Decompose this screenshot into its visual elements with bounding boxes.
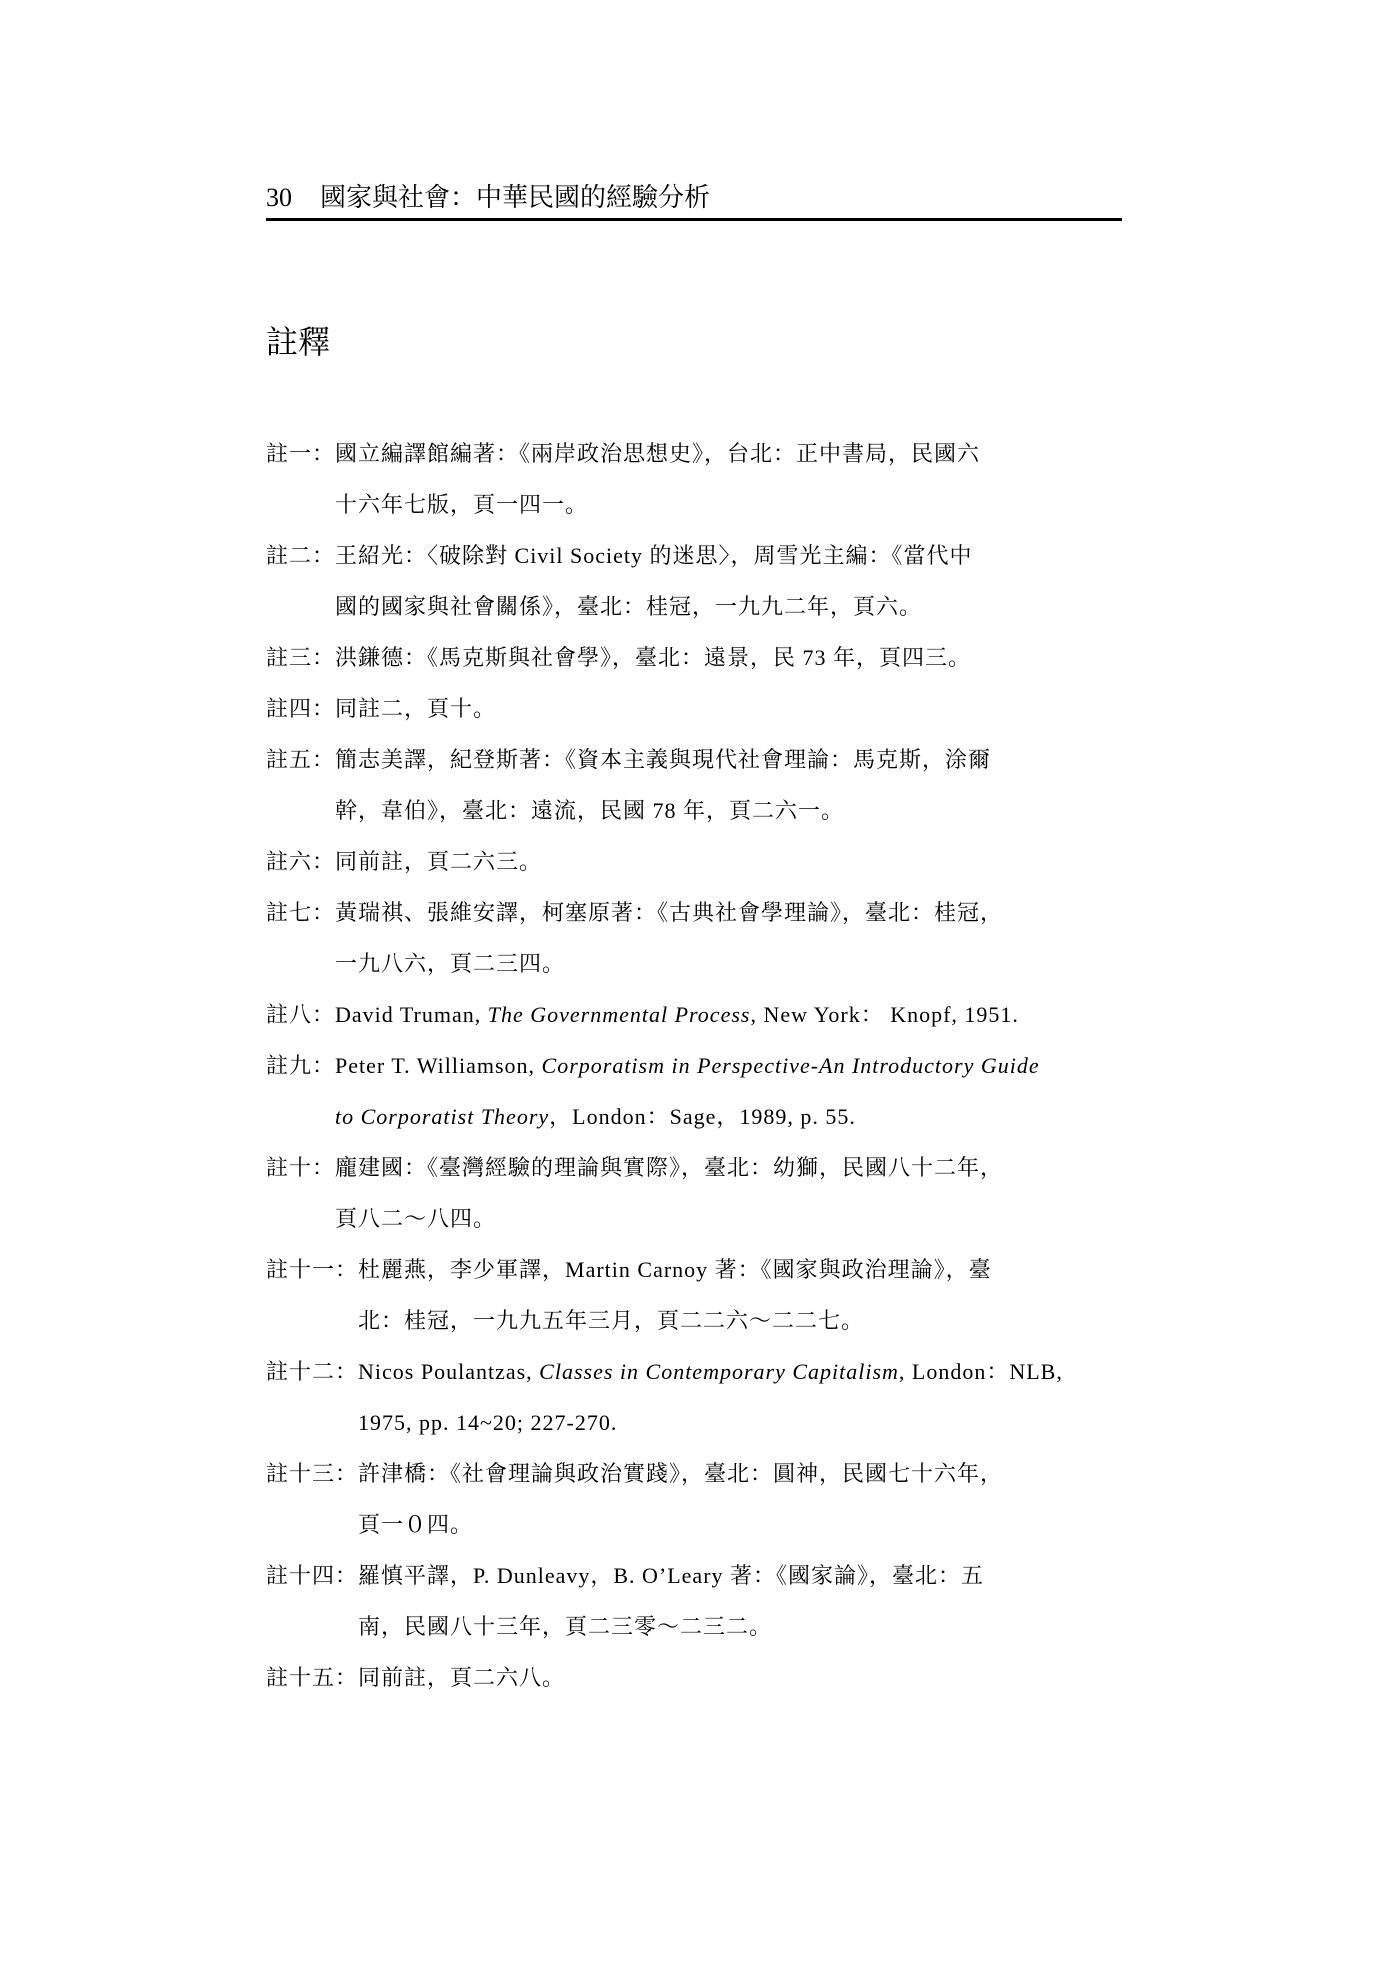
footnote-text: 杜麗燕，李少軍譯，Martin Carnoy 著：《國家與政治理論》，臺北：桂冠… xyxy=(358,1244,1122,1346)
footnote-text: 黃瑞祺、張維安譯，柯塞原著：《古典社會學理論》，臺北：桂冠，一九八六，頁二三四。 xyxy=(335,887,1122,989)
footnote-line: 同前註，頁二六三。 xyxy=(335,836,1122,887)
italic-title: Classes in Contemporary Capitalism xyxy=(539,1359,899,1384)
footnote-item: 註十四：羅慎平譯，P. Dunleavy，B. O’Leary 著：《國家論》，… xyxy=(266,1550,1122,1652)
footnote-line: 龐建國：《臺灣經驗的理論與實際》，臺北：幼獅，民國八十二年， xyxy=(335,1142,1122,1193)
footnote-text: 同前註，頁二六八。 xyxy=(358,1652,1122,1703)
footnote-item: 註十五：同前註，頁二六八。 xyxy=(266,1652,1122,1703)
footnote-label: 註八： xyxy=(266,989,335,1040)
footnote-text: 羅慎平譯，P. Dunleavy，B. O’Leary 著：《國家論》，臺北：五… xyxy=(358,1550,1122,1652)
running-header: 30國家與社會：中華民國的經驗分析 xyxy=(266,182,1120,214)
footnote-item: 註一：國立編譯館編著：《兩岸政治思想史》，台北：正中書局，民國六十六年七版，頁一… xyxy=(266,428,1122,530)
footnote-item: 註四：同註二，頁十。 xyxy=(266,683,1122,734)
footnote-segment: Nicos Poulantzas, xyxy=(358,1359,539,1384)
footnote-label: 註一： xyxy=(266,428,335,530)
footnote-item: 註十：龐建國：《臺灣經驗的理論與實際》，臺北：幼獅，民國八十二年，頁八二～八四。 xyxy=(266,1142,1122,1244)
footnote-line: Peter T. Williamson, Corporatism in Pers… xyxy=(335,1040,1122,1091)
footnote-label: 註二： xyxy=(266,530,335,632)
footnote-line: 一九八六，頁二三四。 xyxy=(335,938,1122,989)
footnote-line: 十六年七版，頁一四一。 xyxy=(335,479,1122,530)
footnote-line: 洪鎌德：《馬克斯與社會學》，臺北：遠景，民 73 年，頁四三。 xyxy=(335,632,1122,683)
footnote-label: 註十三： xyxy=(266,1448,358,1550)
footnote-line: 簡志美譯，紀登斯著：《資本主義與現代社會理論：馬克斯，涂爾 xyxy=(335,734,1122,785)
footnote-segment: , New York： Knopf, 1951. xyxy=(750,1002,1018,1027)
footnote-segment: Peter T. Williamson, xyxy=(335,1053,542,1078)
footnote-line: 羅慎平譯，P. Dunleavy，B. O’Leary 著：《國家論》，臺北：五 xyxy=(358,1550,1122,1601)
footnote-text: Nicos Poulantzas, Classes in Contemporar… xyxy=(358,1346,1122,1448)
footnote-label: 註三： xyxy=(266,632,335,683)
footnote-label: 註七： xyxy=(266,887,335,989)
footnote-item: 註十二：Nicos Poulantzas, Classes in Contemp… xyxy=(266,1346,1122,1448)
footnote-line: 頁八二～八四。 xyxy=(335,1193,1122,1244)
footnote-segment: ，London：Sage，1989, p. 55. xyxy=(549,1104,856,1129)
book-title: 國家與社會：中華民國的經驗分析 xyxy=(320,183,710,212)
footnote-text: 龐建國：《臺灣經驗的理論與實際》，臺北：幼獅，民國八十二年，頁八二～八四。 xyxy=(335,1142,1122,1244)
footnote-item: 註八：David Truman, The Governmental Proces… xyxy=(266,989,1122,1040)
footnote-label: 註十四： xyxy=(266,1550,358,1652)
footnote-line: David Truman, The Governmental Process, … xyxy=(335,989,1122,1040)
italic-title: Corporatism in Perspective-An Introducto… xyxy=(542,1053,1040,1078)
footnote-item: 註十三：許津橋：《社會理論與政治實踐》，臺北：圓神，民國七十六年，頁一０四。 xyxy=(266,1448,1122,1550)
italic-title: The Governmental Process xyxy=(488,1002,751,1027)
header-rule xyxy=(266,218,1122,221)
footnote-line: 1975, pp. 14~20; 227-270. xyxy=(358,1397,1122,1448)
footnote-line: 北：桂冠，一九九五年三月，頁二二六～二二七。 xyxy=(358,1295,1122,1346)
footnote-label: 註九： xyxy=(266,1040,335,1142)
footnote-text: 簡志美譯，紀登斯著：《資本主義與現代社會理論：馬克斯，涂爾幹，韋伯》，臺北：遠流… xyxy=(335,734,1122,836)
footnote-segment: 1975, pp. 14~20; 227-270. xyxy=(358,1410,617,1435)
footnote-line: 國的國家與社會關係》，臺北：桂冠，一九九二年，頁六。 xyxy=(335,581,1122,632)
footnote-line: 王紹光：〈破除對 Civil Society 的迷思〉，周雪光主編：《當代中 xyxy=(335,530,1122,581)
footnote-text: 國立編譯館編著：《兩岸政治思想史》，台北：正中書局，民國六十六年七版，頁一四一。 xyxy=(335,428,1122,530)
footnote-line: 南，民國八十三年，頁二三零～二三二。 xyxy=(358,1601,1122,1652)
footnote-segment: , London：NLB, xyxy=(899,1359,1063,1384)
footnote-item: 註九：Peter T. Williamson, Corporatism in P… xyxy=(266,1040,1122,1142)
footnote-item: 註七：黃瑞祺、張維安譯，柯塞原著：《古典社會學理論》，臺北：桂冠，一九八六，頁二… xyxy=(266,887,1122,989)
footnote-line: 頁一０四。 xyxy=(358,1499,1122,1550)
footnote-line: 許津橋：《社會理論與政治實踐》，臺北：圓神，民國七十六年， xyxy=(358,1448,1122,1499)
footnote-label: 註十五： xyxy=(266,1652,358,1703)
footnote-text: Peter T. Williamson, Corporatism in Pers… xyxy=(335,1040,1122,1142)
footnote-segment: David Truman, xyxy=(335,1002,488,1027)
footnote-item: 註十一：杜麗燕，李少軍譯，Martin Carnoy 著：《國家與政治理論》，臺… xyxy=(266,1244,1122,1346)
footnote-item: 註六：同前註，頁二六三。 xyxy=(266,836,1122,887)
footnote-label: 註十： xyxy=(266,1142,335,1244)
footnote-item: 註二：王紹光：〈破除對 Civil Society 的迷思〉，周雪光主編：《當代… xyxy=(266,530,1122,632)
footnote-item: 註五：簡志美譯，紀登斯著：《資本主義與現代社會理論：馬克斯，涂爾幹，韋伯》，臺北… xyxy=(266,734,1122,836)
italic-title: to Corporatist Theory xyxy=(335,1104,549,1129)
footnote-text: David Truman, The Governmental Process, … xyxy=(335,989,1122,1040)
footnote-text: 王紹光：〈破除對 Civil Society 的迷思〉，周雪光主編：《當代中國的… xyxy=(335,530,1122,632)
footnote-label: 註十一： xyxy=(266,1244,358,1346)
footnote-label: 註四： xyxy=(266,683,335,734)
footnote-text: 同前註，頁二六三。 xyxy=(335,836,1122,887)
footnote-line: Nicos Poulantzas, Classes in Contemporar… xyxy=(358,1346,1122,1397)
footnote-line: to Corporatist Theory，London：Sage，1989, … xyxy=(335,1091,1122,1142)
footnote-line: 幹，韋伯》，臺北：遠流，民國 78 年，頁二六一。 xyxy=(335,785,1122,836)
footnote-line: 同前註，頁二六八。 xyxy=(358,1652,1122,1703)
section-title: 註釋 xyxy=(266,322,330,362)
footnote-label: 註五： xyxy=(266,734,335,836)
page-number: 30 xyxy=(266,182,320,214)
footnote-text: 洪鎌德：《馬克斯與社會學》，臺北：遠景，民 73 年，頁四三。 xyxy=(335,632,1122,683)
notes-list: 註一：國立編譯館編著：《兩岸政治思想史》，台北：正中書局，民國六十六年七版，頁一… xyxy=(266,428,1122,1703)
footnote-line: 國立編譯館編著：《兩岸政治思想史》，台北：正中書局，民國六 xyxy=(335,428,1122,479)
footnote-line: 黃瑞祺、張維安譯，柯塞原著：《古典社會學理論》，臺北：桂冠， xyxy=(335,887,1122,938)
footnote-text: 同註二，頁十。 xyxy=(335,683,1122,734)
footnote-text: 許津橋：《社會理論與政治實踐》，臺北：圓神，民國七十六年，頁一０四。 xyxy=(358,1448,1122,1550)
footnote-label: 註十二： xyxy=(266,1346,358,1448)
footnote-label: 註六： xyxy=(266,836,335,887)
footnote-line: 同註二，頁十。 xyxy=(335,683,1122,734)
footnote-item: 註三：洪鎌德：《馬克斯與社會學》，臺北：遠景，民 73 年，頁四三。 xyxy=(266,632,1122,683)
footnote-line: 杜麗燕，李少軍譯，Martin Carnoy 著：《國家與政治理論》，臺 xyxy=(358,1244,1122,1295)
